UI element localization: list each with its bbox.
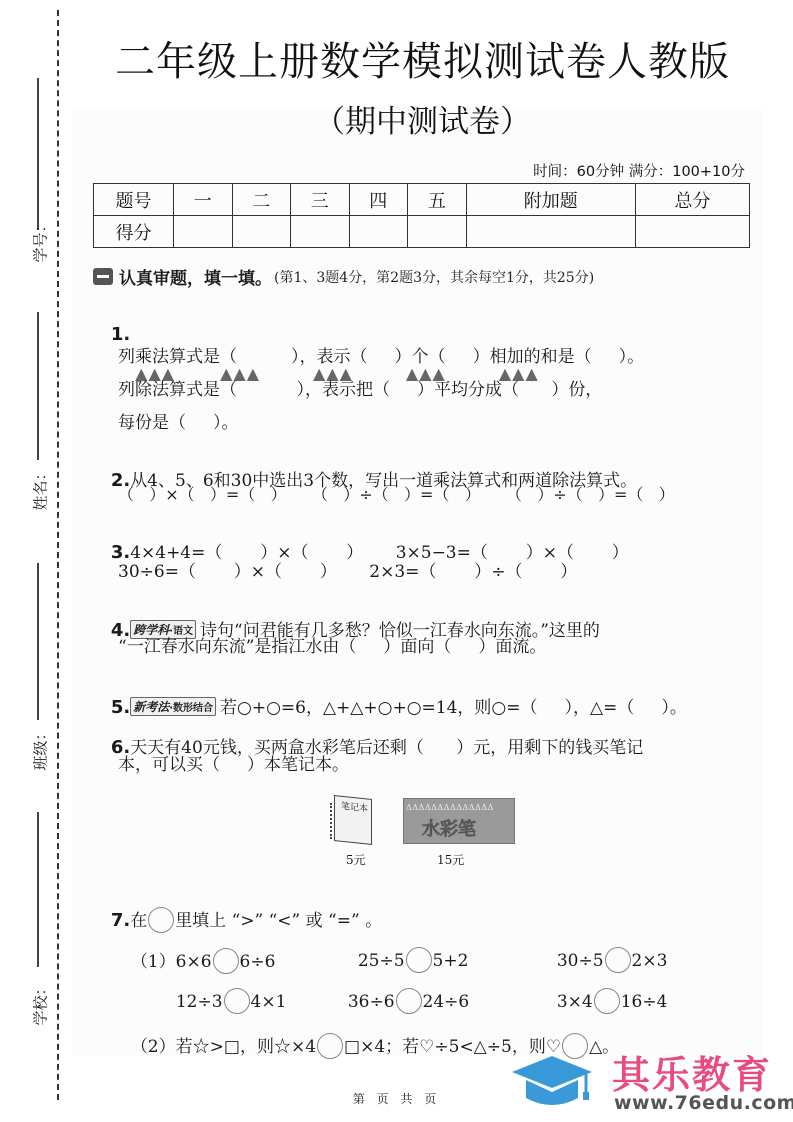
notebook-image: 笔记本 (330, 797, 374, 847)
compare-circle[interactable] (396, 988, 422, 1014)
score-cell[interactable] (291, 216, 350, 248)
question-7-compare-5: 36÷624÷6 (337, 968, 469, 1014)
cut-line (57, 10, 59, 1100)
notebook-icon: 笔记本 (334, 795, 372, 845)
class-label: 班级： (30, 727, 51, 771)
score-header-cell: 五 (408, 184, 467, 216)
score-cell[interactable] (408, 216, 467, 248)
question-5: 5.新考法·数形结合若○+○=6，△+△+○+○=14，则○=（ ），△=（ ）… (100, 673, 687, 718)
score-header-cell: 四 (349, 184, 408, 216)
section-number-badge-icon (93, 268, 113, 285)
name-label: 姓名： (30, 467, 51, 511)
question-2-blanks: （ ）×（ ）=（ ） （ ）÷（ ）=（ ） （ ）÷（ ）=（ ） (118, 482, 675, 505)
watermark-name: 其乐教育 (612, 1044, 772, 1099)
watermark-logo: 其乐教育 www.76edu.com (512, 1042, 792, 1122)
compare-left: 36÷6 (348, 992, 395, 1012)
score-row-label: 得分 (94, 216, 174, 248)
score-table-header-row: 题号 一 二 三 四 五 附加题 总分 (94, 184, 750, 216)
watermark-url: www.76edu.com (614, 1092, 793, 1114)
question-3-row-2: 30÷6=（ ）×（ ） 2×3=（ ）÷（ ） (118, 557, 577, 582)
question-4-line-2: “一江春水向东流”是指江水由（ ）面向（ ）面流。 (118, 632, 546, 657)
score-cell[interactable] (232, 216, 291, 248)
compare-circle[interactable] (317, 1033, 343, 1059)
class-line (37, 563, 39, 720)
exam-meta: 时间：60分钟 满分：100+10分 (533, 160, 745, 181)
compare-left: 3×4 (557, 992, 593, 1012)
question-7-intro: 7.在里填上 “>” “<” 或 “=” 。 (100, 886, 382, 933)
part-2-label: （2） (131, 1037, 176, 1057)
compare-circle[interactable] (224, 988, 250, 1014)
section-points-note: (第1、3题4分，第2题3分，其余每空1分，共25分) (274, 267, 594, 287)
score-header-cell: 附加题 (466, 184, 635, 216)
question-7-compare-3: 30÷52×3 (546, 927, 667, 973)
score-header-cell: 题号 (94, 184, 174, 216)
question-1-line-3: 每份是（ ）。 (118, 408, 239, 433)
score-cell[interactable] (174, 216, 233, 248)
score-table-score-row: 得分 (94, 216, 750, 248)
score-cell[interactable] (466, 216, 635, 248)
score-header-cell: 一 (174, 184, 233, 216)
pens-price: 15元 (437, 851, 464, 868)
section-header: 认真审题，填一填。 (第1、3题4分，第2题3分，其余每空1分，共25分) (93, 264, 594, 289)
pens-box-label: 水彩笔 (422, 815, 476, 841)
watercolor-pens-image: ΔΔΔΔΔΔΔΔΔΔΔΔΔΔ 水彩笔 (403, 798, 515, 844)
question-6-line-2: 本，可以买（ ）本笔记本。 (118, 750, 349, 775)
question-7-compare-4: 12÷34×1 (165, 968, 286, 1014)
score-header-cell: 二 (232, 184, 291, 216)
question-1-line-2: 列除法算式是（ ），表示把（ ）平均分成（ ）份， (118, 375, 602, 400)
compare-right: 16÷4 (621, 992, 668, 1012)
compare-right: 4×1 (251, 992, 287, 1012)
graduation-cap-icon (512, 1052, 592, 1112)
compare-right: 24÷6 (423, 992, 470, 1012)
question-7-compare-6: 3×416÷4 (546, 968, 667, 1014)
notebook-spiral-icon (330, 803, 336, 839)
notebook-price: 5元 (346, 851, 366, 868)
page-title: 二年级上册数学模拟测试卷人教版 (100, 30, 745, 87)
page-subtitle: （期中测试卷） (100, 96, 745, 141)
part-2-text-a: 若☆>□，则☆×4 (176, 1037, 316, 1057)
score-table: 题号 一 二 三 四 五 附加题 总分 得分 (93, 183, 750, 248)
pen-tips-icon: ΔΔΔΔΔΔΔΔΔΔΔΔΔΔ (406, 803, 512, 813)
binding-margin: 学号： 姓名： 班级： 学校： (0, 0, 70, 1122)
compare-left: 12÷3 (176, 992, 223, 1012)
compare-circle[interactable] (594, 988, 620, 1014)
school-label: 学校： (30, 982, 51, 1026)
question-1-line-1: 列乘法算式是（ ），表示（ ）个（ ）相加的和是（ ）。 (118, 342, 644, 367)
question-7-compare-2: 25÷55+2 (347, 927, 468, 973)
score-header-cell: 总分 (635, 184, 749, 216)
score-header-cell: 三 (291, 184, 350, 216)
student-id-label: 学号： (30, 219, 51, 263)
name-line (37, 312, 39, 460)
student-id-line (37, 78, 39, 230)
school-line (37, 812, 39, 967)
section-title: 认真审题，填一填。 (119, 264, 272, 289)
score-cell[interactable] (635, 216, 749, 248)
score-cell[interactable] (349, 216, 408, 248)
